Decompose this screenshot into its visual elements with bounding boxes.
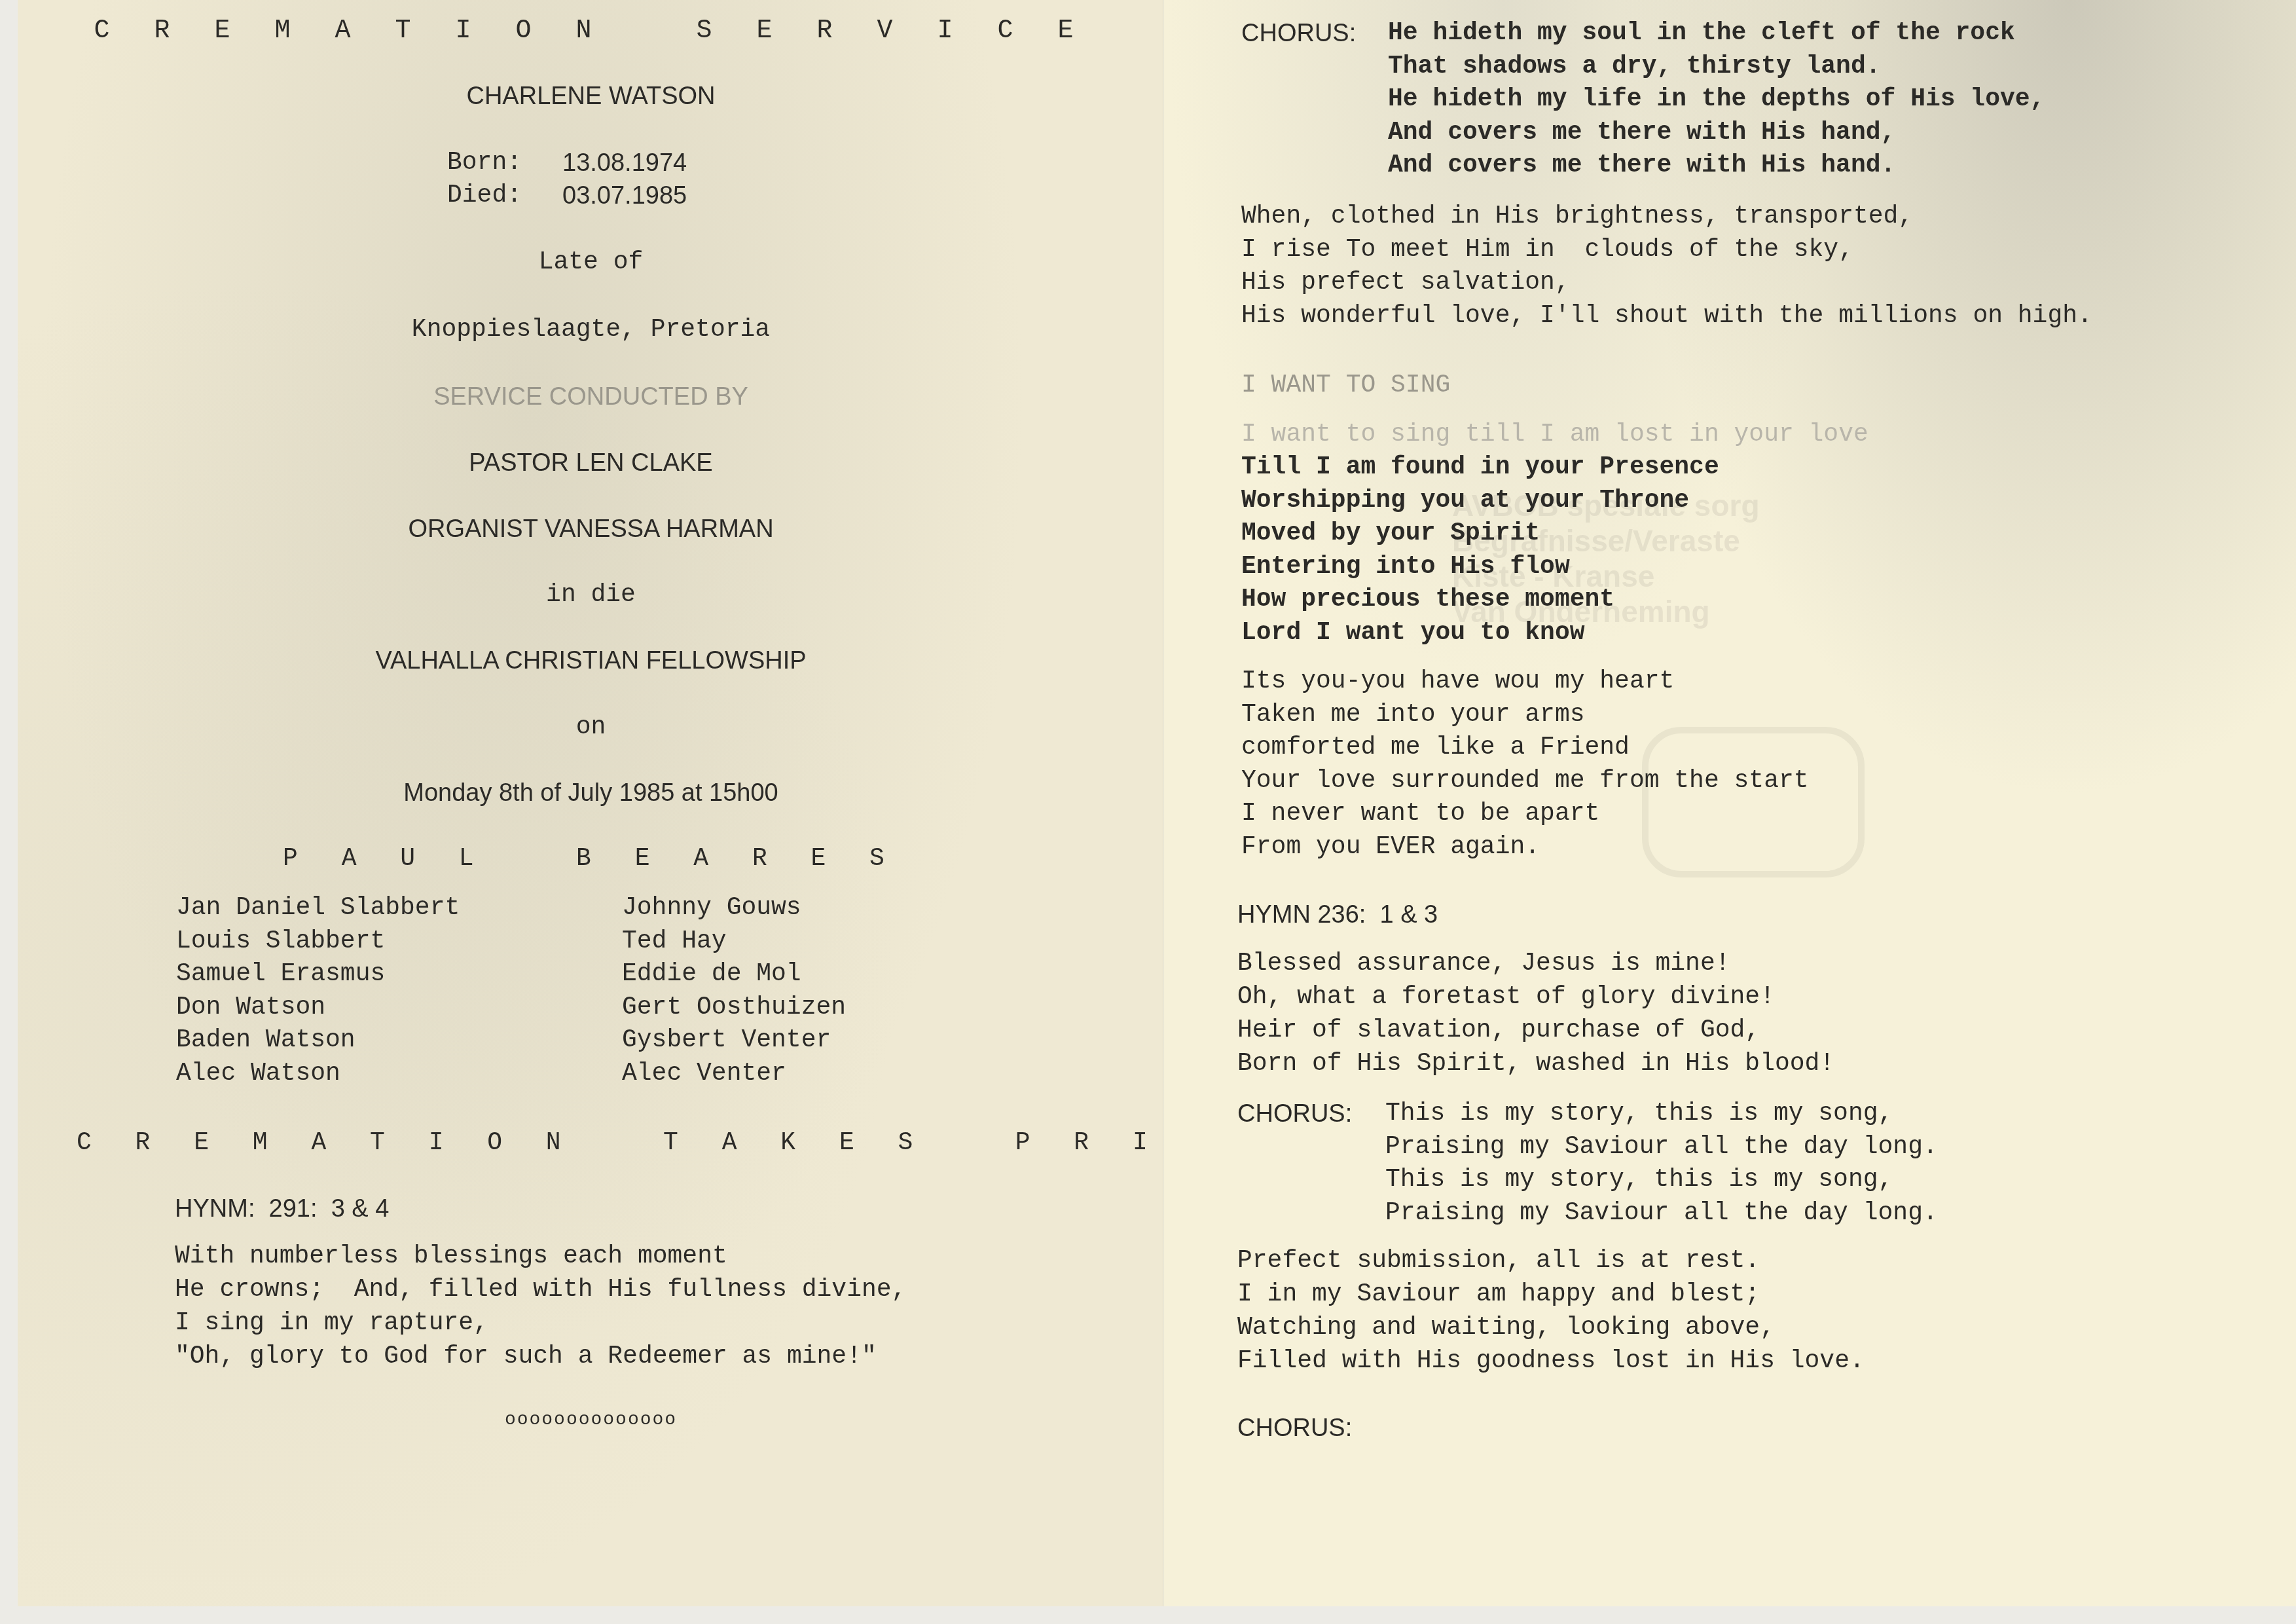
verse-line: His prefect salvation, xyxy=(1241,270,1570,295)
chorus3-label: CHORUS: xyxy=(1237,1416,1352,1441)
pallbearer-name: Jan Daniel Slabbert xyxy=(176,896,460,921)
pallbearer-name: Ted Hay xyxy=(622,929,727,954)
born-label: Born: xyxy=(447,151,522,175)
hymn-line: Filled with His goodness lost in His lov… xyxy=(1237,1349,1865,1374)
chorus-line: And covers me there with His hand, xyxy=(1388,120,1895,145)
song-line: Moved by your Spirit xyxy=(1241,521,1540,546)
pallbearer-name: Alec Watson xyxy=(176,1061,340,1086)
born-date: 13.08.1974 xyxy=(562,151,687,175)
in-die: in die xyxy=(18,583,1164,608)
chorus-line: This is my story, this is my song, xyxy=(1385,1101,1893,1126)
song-line: Worshipping you at your Throne xyxy=(1241,489,1689,513)
chorus2-label: CHORUS: xyxy=(1237,1101,1352,1126)
hymn-line: Oh, what a foretast of glory divine! xyxy=(1237,985,1775,1010)
song-line: Your love surrounded me from the start xyxy=(1241,769,1809,794)
pastor: PASTOR LEN CLAKE xyxy=(18,451,1164,475)
divider: oooooooooooooo xyxy=(18,1411,1164,1430)
chorus1-label: CHORUS: xyxy=(1241,21,1356,46)
hymn-line: "Oh, glory to God for such a Redeemer as… xyxy=(175,1344,877,1369)
hymn-line: Blessed assurance, Jesus is mine! xyxy=(1237,951,1730,976)
chorus-line: Praising my Saviour all the day long. xyxy=(1385,1201,1938,1226)
service-title: C R E M A T I O N S E R V I C E xyxy=(18,18,1164,45)
hymn-line: Heir of slavation, purchase of God, xyxy=(1237,1018,1760,1043)
song-first-line: I want to sing till I am lost in your lo… xyxy=(1241,422,1868,447)
song-line: From you EVER again. xyxy=(1241,835,1540,860)
pallbearer-name: Louis Slabbert xyxy=(176,929,385,954)
hymn-line: He crowns; And, filled with His fullness… xyxy=(175,1278,906,1302)
song-line: Lord I want you to know xyxy=(1241,621,1585,646)
died-label: Died: xyxy=(447,183,522,208)
deceased-name: CHARLENE WATSON xyxy=(18,84,1164,109)
organist: ORGANIST VANESSA HARMAN xyxy=(18,517,1164,542)
chorus-line: Praising my Saviour all the day long. xyxy=(1385,1135,1938,1160)
service-conducted-by: SERVICE CONDUCTED BY xyxy=(18,384,1164,409)
on: on xyxy=(18,715,1164,740)
song-line: How precious these moment xyxy=(1241,587,1614,612)
pallbearer-name: Gert Oosthuizen xyxy=(622,995,846,1020)
song-line: comforted me like a Friend xyxy=(1241,735,1630,760)
song-line: Entering into His flow xyxy=(1241,555,1570,580)
hymn2-heading: HYMN 236: 1 & 3 xyxy=(1237,902,1438,927)
pallbearer-name: Eddie de Mol xyxy=(622,962,801,987)
song-line: I never want to be apart xyxy=(1241,802,1599,826)
venue: VALHALLA CHRISTIAN FELLOWSHIP xyxy=(18,648,1164,673)
residence: Knoppieslaagte, Pretoria xyxy=(18,318,1164,342)
show-through-logo xyxy=(1642,727,1865,877)
pallbearer-name: Don Watson xyxy=(176,995,325,1020)
service-datetime: Monday 8th of July 1985 at 15h00 xyxy=(18,781,1164,805)
hymn-line: With numberless blessings each moment xyxy=(175,1244,727,1269)
late-of: Late of xyxy=(18,250,1164,275)
pallbearers-heading: P A U L B E A R E S xyxy=(18,847,1164,872)
pallbearer-name: Gysbert Venter xyxy=(622,1028,831,1053)
hymn-line: Watching and waiting, looking above, xyxy=(1237,1316,1775,1340)
song-line: Till I am found in your Presence xyxy=(1241,455,1719,480)
chorus-line: That shadows a dry, thirsty land. xyxy=(1388,54,1881,79)
hymn-heading: HYNM: 291: 3 & 4 xyxy=(175,1196,389,1221)
song-title: I WANT TO SING xyxy=(1241,373,1450,398)
chorus-line: And covers me there with His hand. xyxy=(1388,153,1895,178)
chorus-line: This is my story, this is my song, xyxy=(1385,1168,1893,1192)
died-date: 03.07.1985 xyxy=(562,183,687,208)
pallbearer-name: Alec Venter xyxy=(622,1061,786,1086)
pallbearer-name: Baden Watson xyxy=(176,1028,355,1053)
right-page: AVBOB spesiale sorg Begrafnisse/Veraste … xyxy=(1164,0,2296,1606)
chorus-line: He hideth my soul in the cleft of the ro… xyxy=(1388,21,2015,46)
verse-line: His wonderful love, I'll shout with the … xyxy=(1241,304,2092,329)
hymn-line: I in my Saviour am happy and blest; xyxy=(1237,1282,1760,1307)
pallbearer-name: Samuel Erasmus xyxy=(176,962,385,987)
chorus-line: He hideth my life in the depths of His l… xyxy=(1388,87,2045,112)
hymn-line: I sing in my rapture, xyxy=(175,1311,488,1336)
song-line: Its you-you have wou my heart xyxy=(1241,669,1674,694)
hymn-line: Born of His Spirit, washed in His blood! xyxy=(1237,1052,1834,1077)
verse-line: I rise To meet Him in clouds of the sky, xyxy=(1241,238,1853,263)
left-page: C R E M A T I O N S E R V I C E CHARLENE… xyxy=(18,0,1164,1606)
song-line: Taken me into your arms xyxy=(1241,703,1585,728)
pallbearer-name: Johnny Gouws xyxy=(622,896,801,921)
hymn-line: Prefect submission, all is at rest. xyxy=(1237,1249,1760,1274)
verse-line: When, clothed in His brightness, transpo… xyxy=(1241,204,1913,229)
